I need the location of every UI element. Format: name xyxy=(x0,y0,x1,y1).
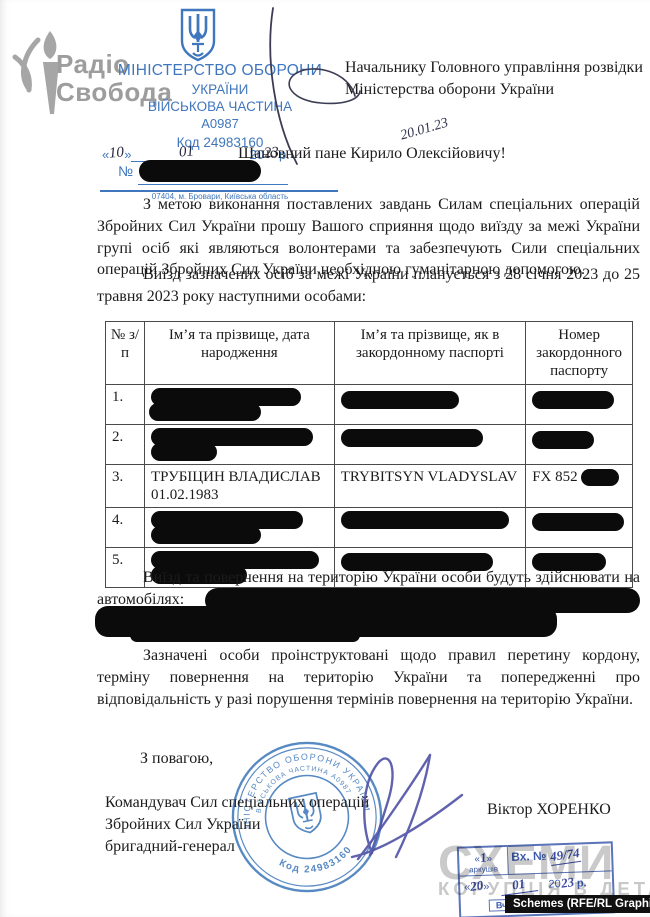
paragraph-2: Виїзд зазначених осіб за межі України пл… xyxy=(97,264,640,308)
row-latin-redacted xyxy=(334,508,526,548)
row-num: 4. xyxy=(106,508,145,548)
redaction-bar xyxy=(151,443,217,461)
row-name-redacted xyxy=(144,425,334,465)
row-name-redacted xyxy=(144,508,334,548)
ukraine-trident-emblem-icon xyxy=(176,8,220,67)
doc-number-redaction xyxy=(139,160,261,182)
recipient-block: Начальнику Головного управління розвідки… xyxy=(345,57,645,100)
doc-number-label: № xyxy=(118,163,133,179)
header-name: Ім’я та прізвище, дата народження xyxy=(144,322,334,385)
entry-number-handwritten: 49/74 xyxy=(549,845,581,866)
table-row: 3. ТРУБІЦИН ВЛАДИСЛАВ 01.02.1983 TRYBITS… xyxy=(106,465,633,508)
row-latin-redacted xyxy=(334,425,526,465)
person-name: ТРУБІЦИН ВЛАДИСЛАВ xyxy=(151,468,328,486)
person-dob: 01.02.1983 xyxy=(151,486,328,504)
redaction-bar xyxy=(581,469,619,486)
doc-number-line: № xyxy=(118,160,261,182)
redaction-bar xyxy=(341,391,459,409)
row-num: 1. xyxy=(106,385,145,425)
row-passport-redacted xyxy=(526,425,633,465)
recipient-line1: Начальнику Головного управління розвідки xyxy=(345,57,645,79)
scanned-letter-page: Радіо Свобода МІНІСТЕРСТВО ОБОРОНИ УКРАЇ… xyxy=(0,0,650,917)
row-latin-redacted xyxy=(334,385,526,425)
date-month-handwritten: 01 xyxy=(178,143,194,161)
row-name-redacted xyxy=(144,385,334,425)
row-latin: TRYBITSYN VLADYSLAV xyxy=(334,465,526,508)
redaction-bar xyxy=(341,511,509,529)
redaction-bar xyxy=(532,431,594,449)
entry-number-cell: Вх. № 49/74 xyxy=(508,843,612,874)
vehicles-redaction-block xyxy=(130,628,360,642)
credit-badge: Schemes (RFE/RL Graphics) xyxy=(505,895,650,913)
row-passport-redacted xyxy=(526,508,633,548)
redaction-bar xyxy=(532,391,614,409)
header-num: № з/п xyxy=(106,322,145,385)
row-passport: FX 852 xyxy=(526,465,633,508)
signature-ink xyxy=(330,735,480,895)
table-row: 2. xyxy=(106,425,633,465)
entry-label: Вх. № xyxy=(511,849,547,864)
table-row: 4. xyxy=(106,508,633,548)
table-row: 1. xyxy=(106,385,633,425)
entry-date-year-prefix: 20 xyxy=(548,878,561,890)
sheets-value-handwritten: 1 xyxy=(479,849,488,866)
signer-name: Віктор ХОРЕНКО xyxy=(487,799,611,821)
table-header-row: № з/п Ім’я та прізвище, дата народження … xyxy=(106,322,633,385)
header-passport-number: Номер закордонного паспорту xyxy=(526,322,633,385)
row-name: ТРУБІЦИН ВЛАДИСЛАВ 01.02.1983 xyxy=(144,465,334,508)
redaction-bar xyxy=(341,429,483,447)
row-num: 3. xyxy=(106,465,145,508)
header-passport-name: Ім’я та прізвище, як в закордонному пасп… xyxy=(334,322,526,385)
entry-date-month-handwritten: 01 xyxy=(499,874,538,896)
passport-prefix: FX 852 xyxy=(532,469,577,485)
persons-table: № з/п Ім’я та прізвище, дата народження … xyxy=(105,321,633,588)
recipient-line2: Міністерства оборони України xyxy=(345,79,645,101)
redaction-bar xyxy=(151,526,261,544)
redaction-bar xyxy=(149,403,261,421)
salutation: Шановний пане Кирило Олексійовичу! xyxy=(238,145,506,163)
entry-date-suffix: р. xyxy=(577,877,587,889)
regards: З повагою, xyxy=(140,748,213,770)
doc-number-underline xyxy=(138,184,288,185)
entry-date-year-handwritten: 23 xyxy=(560,874,575,892)
row-passport-redacted xyxy=(526,385,633,425)
redaction-bar xyxy=(532,513,624,531)
row-num: 2. xyxy=(106,425,145,465)
entry-date-quote-close: » xyxy=(483,881,490,893)
handwritten-corner-date: 20.01.23 xyxy=(399,116,451,145)
paragraph-4: Зазначені особи проінструктовані щодо пр… xyxy=(97,645,640,710)
